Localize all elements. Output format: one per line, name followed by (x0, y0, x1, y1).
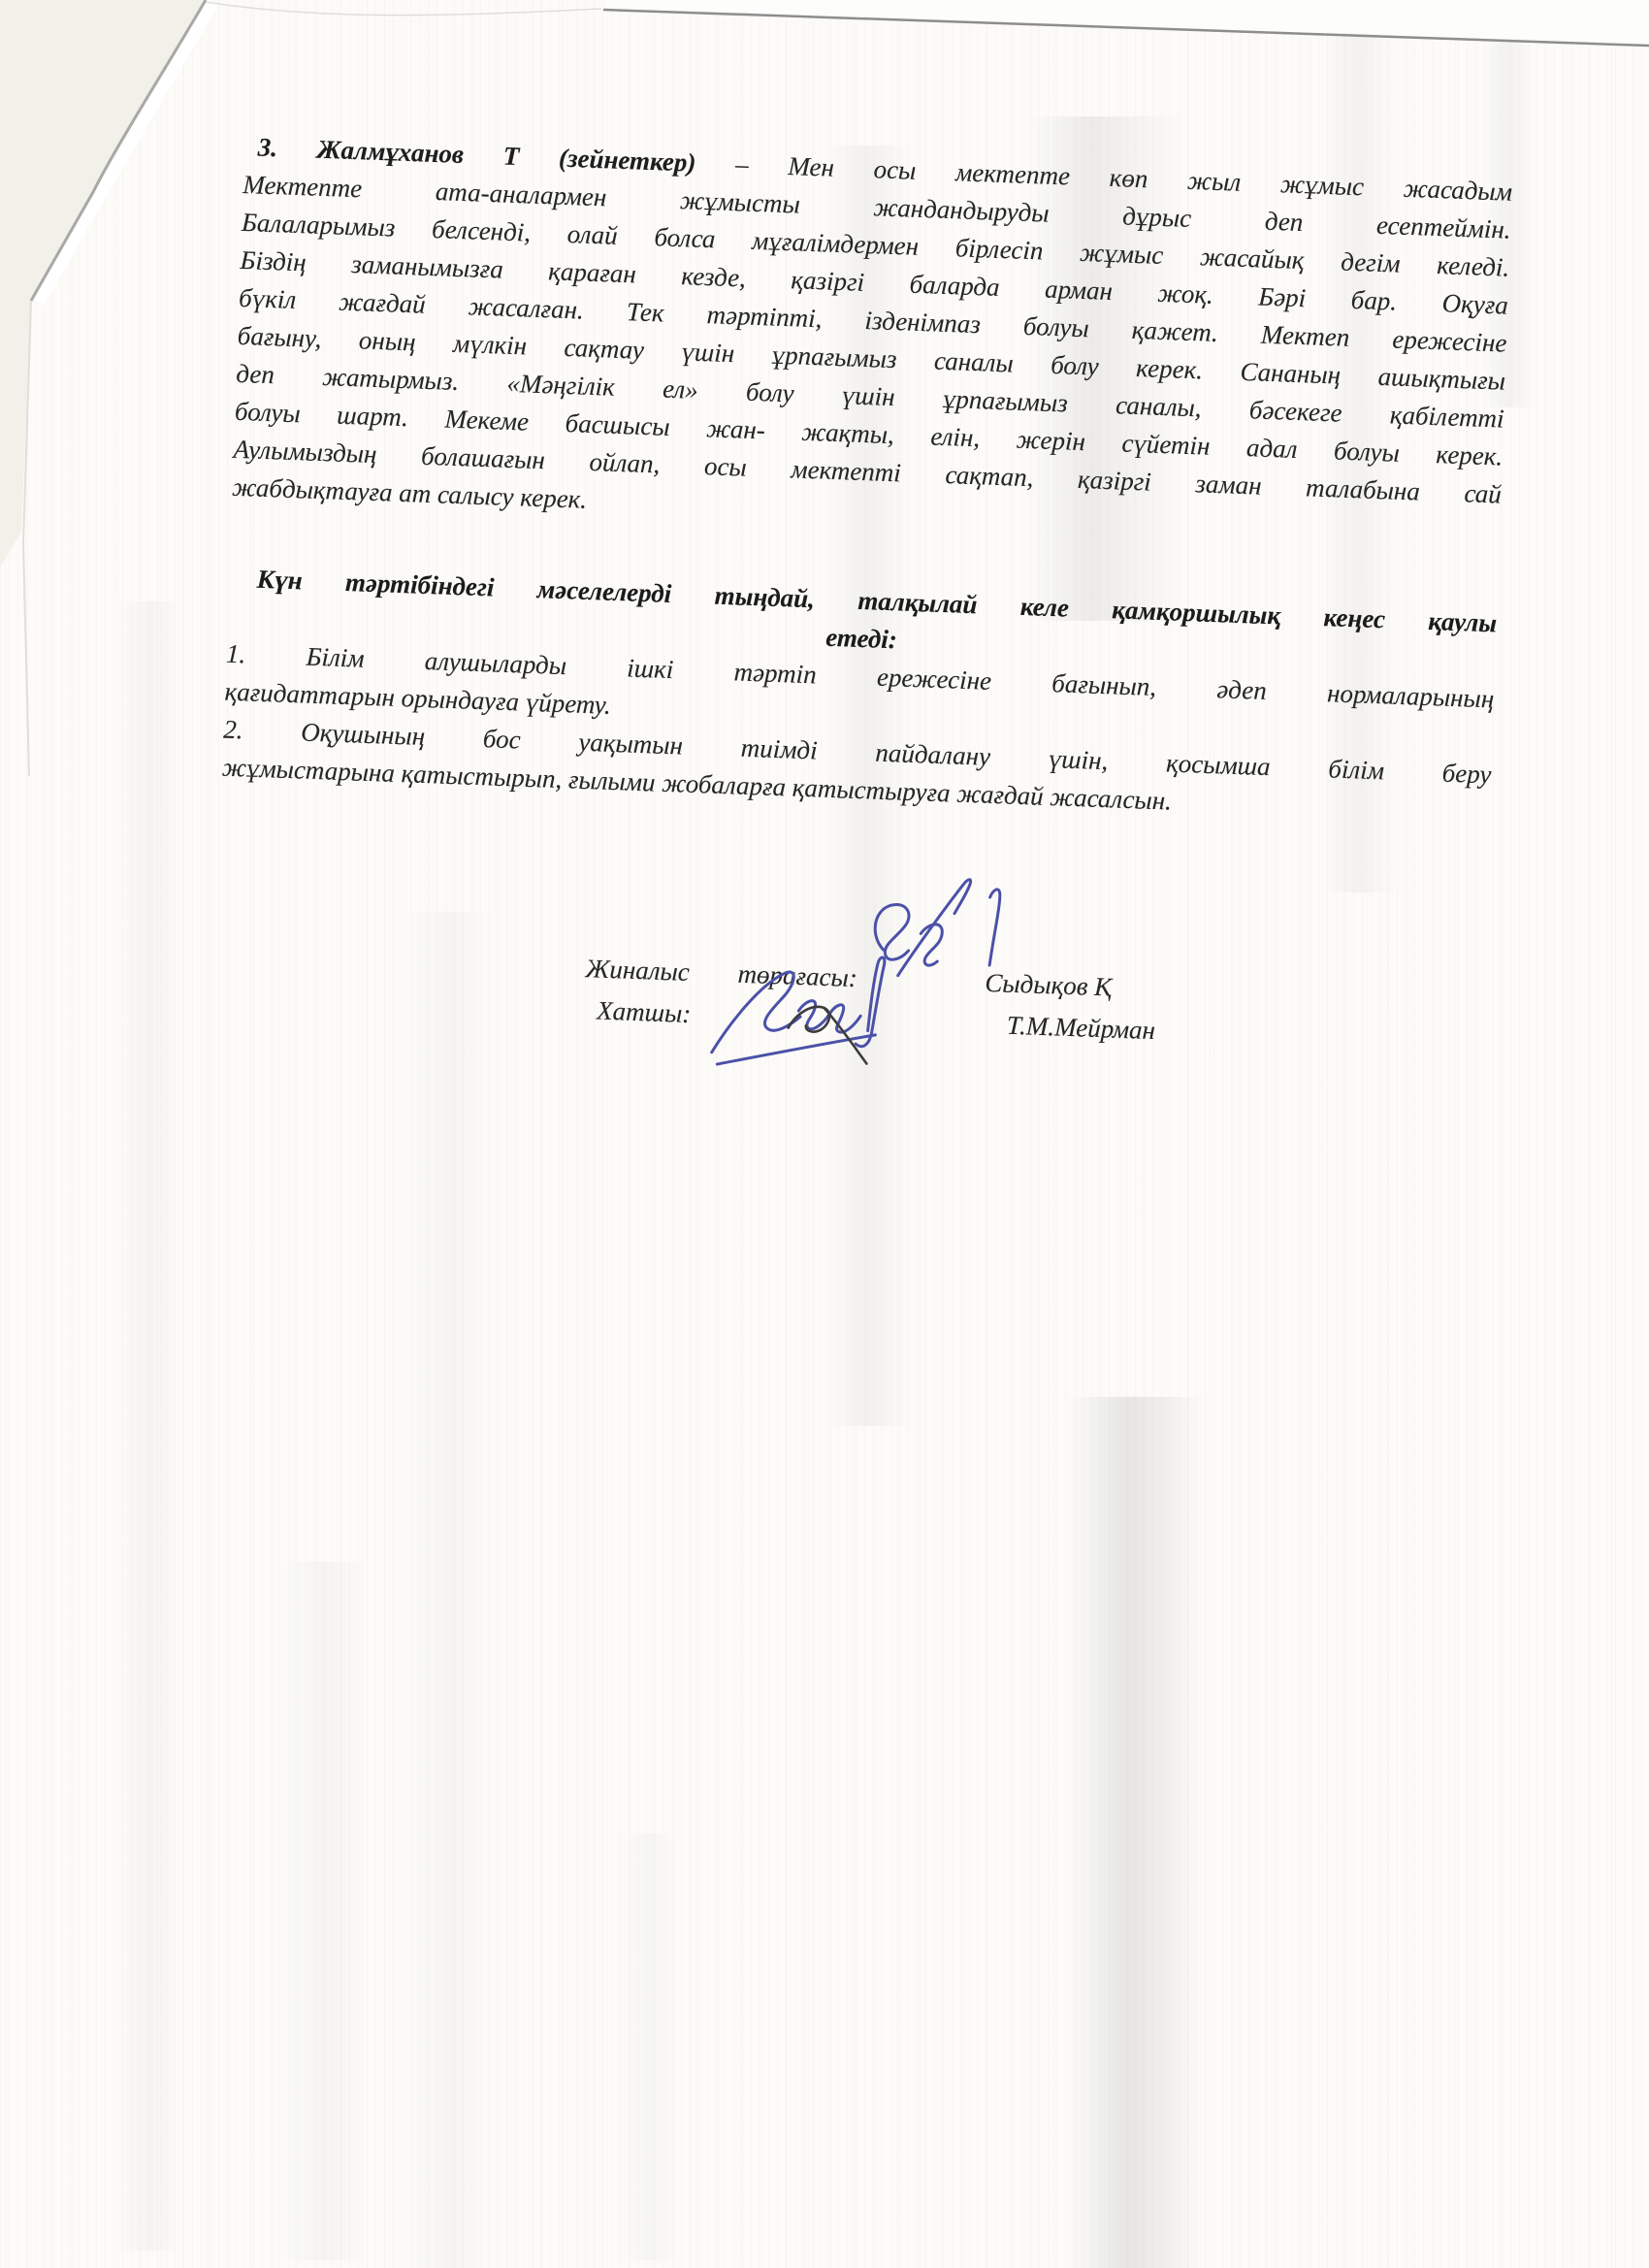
secretary-handwritten-signature (701, 928, 930, 1091)
top-page-edge-line (603, 10, 1649, 46)
fold-highlight (39, 2, 213, 303)
speech-body: Мектепте ата-аналармен жұмысты жандандыр… (232, 166, 1512, 552)
secretary-name: Т.М.Мейрман (1006, 1007, 1155, 1050)
secretary-role-label: Хатшы: (596, 992, 691, 1033)
page-corner-fold (0, 0, 252, 582)
scanned-document-page: 3. Жалмұханов Т (зейнеткер) – Мен осы ме… (0, 0, 1649, 2268)
chairman-role-label: Жиналыс (585, 950, 690, 991)
signature-block: Жиналыс төрағасы: Сыдықов Қ Хатшы: Т.М.М… (207, 787, 1490, 1249)
document-text: 3. Жалмұханов Т (зейнеткер) – Мен осы ме… (207, 114, 1513, 1248)
speech-paragraph: 3. Жалмұханов Т (зейнеткер) – Мен осы ме… (232, 128, 1513, 552)
top-margin-area (606, 0, 1649, 44)
left-page-edge (23, 301, 31, 776)
fold-edge-line (31, 0, 206, 301)
top-corner-sliver (206, 2, 601, 16)
